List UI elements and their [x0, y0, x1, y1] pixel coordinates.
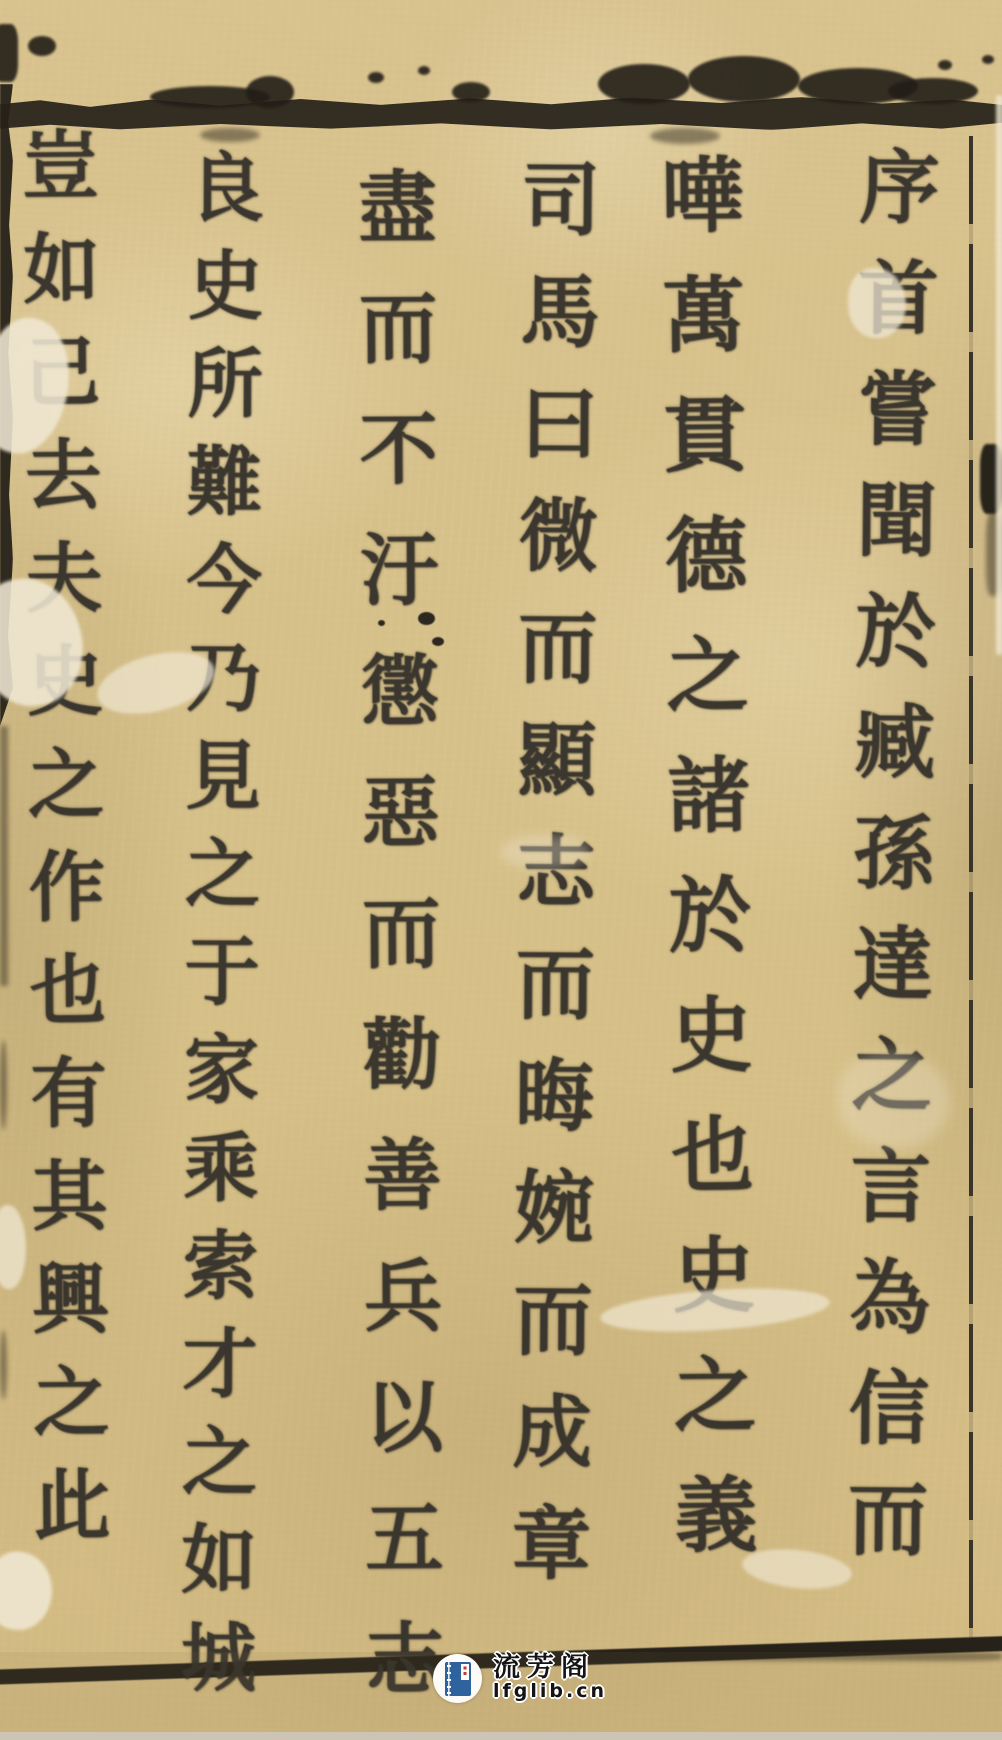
- left-edge-mark: [0, 1040, 7, 1130]
- text-column-4: 盡而不汙懲惡而勸善兵以五志: [334, 166, 454, 1623]
- corner-ink-mark: [28, 36, 56, 56]
- text-column-5: 良史所難今乃見之于家乘索才之如城: [160, 148, 275, 1621]
- ink-speck: [418, 612, 435, 625]
- paper-crease-veil: [838, 1052, 950, 1148]
- watermark-site-name: 流芳阁: [493, 1654, 607, 1681]
- corner-ink-mark: [0, 24, 18, 82]
- watermark-badge: [433, 1654, 482, 1703]
- ink-smudge: [200, 128, 260, 142]
- ink-smudge: [650, 128, 720, 144]
- ink-smudge: [938, 60, 952, 70]
- ink-speck: [536, 1508, 545, 1515]
- ink-smudge: [452, 82, 490, 102]
- bottom-edge-strip: [0, 1732, 1002, 1740]
- text-column-1: 序首嘗聞於臧孫達之言為信而: [824, 145, 952, 1606]
- paper-crease-veil: [500, 835, 590, 869]
- ink-speck: [378, 620, 385, 626]
- manuscript-page: 序首嘗聞於臧孫達之言為信而 嘩萬貫德之諸於史也史之義 司馬曰微而顯志而晦婉而成章…: [0, 0, 1002, 1740]
- right-frame-border: [969, 136, 973, 1644]
- ink-smudge: [888, 78, 978, 104]
- ink-smudge: [418, 66, 430, 75]
- right-edge-paper-sliver: [996, 95, 1002, 655]
- ink-speck: [432, 637, 444, 646]
- thread-bound-book-icon: [444, 1661, 472, 1697]
- ink-smudge: [368, 72, 384, 83]
- watermark-site-url: lfglib.cn: [493, 1681, 607, 1703]
- text-column-3: 司馬曰微而顯志而晦婉而成章: [487, 158, 611, 1621]
- ink-smudge: [982, 55, 994, 64]
- ink-smudge: [688, 56, 800, 102]
- site-watermark: 流芳阁 lfglib.cn: [433, 1654, 607, 1703]
- torn-paper-patch: [848, 268, 906, 338]
- text-column-2: 嘩萬貫德之諸於史也史之義: [637, 151, 769, 1604]
- ink-smudge: [246, 76, 294, 108]
- ink-smudge: [598, 64, 690, 104]
- watermark-text: 流芳阁 lfglib.cn: [493, 1654, 607, 1703]
- left-edge-mark: [0, 1330, 7, 1400]
